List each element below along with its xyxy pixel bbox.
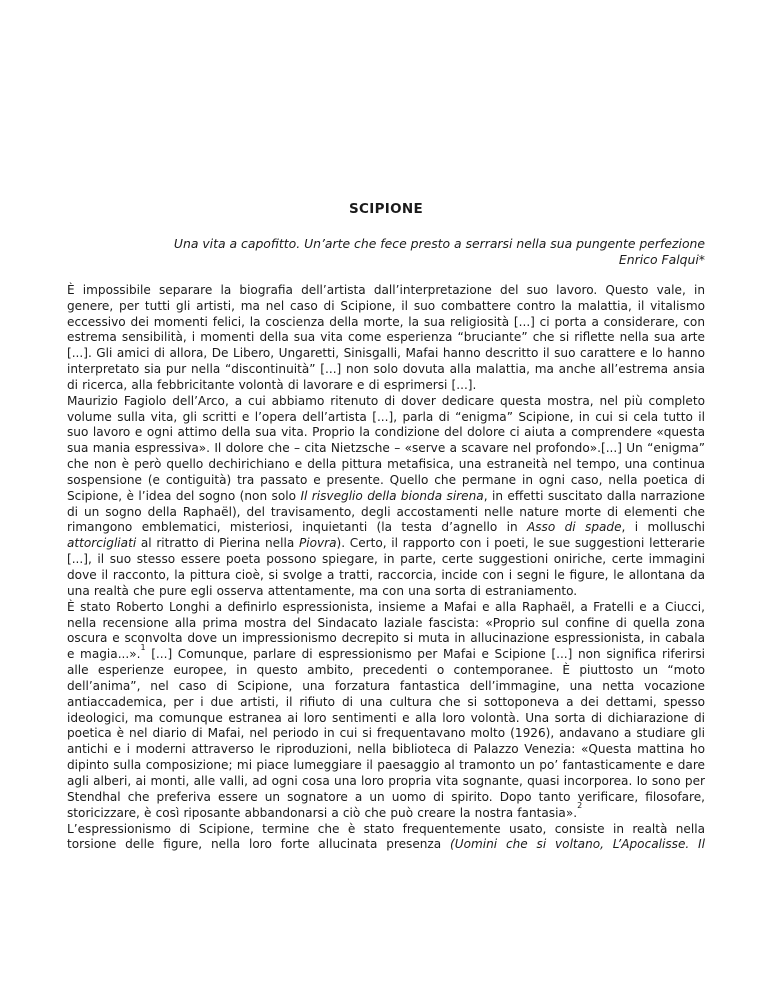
text-segment: [...] Comunque, parlare di espressionism… (67, 647, 705, 819)
paragraph: L’espressionismo di Scipione, termine ch… (67, 822, 705, 854)
italic-text-segment: Asso di spade (527, 520, 622, 534)
italic-text-segment: Piovra (299, 536, 337, 550)
paragraph: È stato Roberto Longhi a definirlo espre… (67, 600, 705, 822)
text-segment: Maurizio Fagiolo dell’Arco, a cui abbiam… (67, 394, 705, 503)
page-content: SCIPIONE Una vita a capofitto. Un’arte c… (67, 202, 705, 853)
text-segment: È impossibile separare la biografia dell… (67, 283, 705, 392)
italic-text-segment: (Uomini che si voltano, L’Apocalisse. Il (450, 837, 705, 851)
epigraph: Una vita a capofitto. Un’arte che fece p… (67, 236, 705, 268)
italic-text-segment: attorcigliati (67, 536, 136, 550)
epigraph-quote: Una vita a capofitto. Un’arte che fece p… (67, 236, 705, 252)
paragraph: È impossibile separare la biografia dell… (67, 283, 705, 394)
document-body: È impossibile separare la biografia dell… (67, 283, 705, 853)
paragraph: Maurizio Fagiolo dell’Arco, a cui abbiam… (67, 394, 705, 600)
page-title: SCIPIONE (67, 202, 705, 216)
footnote-marker: 2 (577, 801, 582, 810)
italic-text-segment: Il risveglio della bionda sirena (300, 489, 483, 503)
document-page: SCIPIONE Una vita a capofitto. Un’arte c… (0, 0, 768, 994)
epigraph-attribution: Enrico Falqui* (67, 252, 705, 268)
text-segment: al ritratto di Pierina nella (136, 536, 299, 550)
footnote-marker: 1 (140, 643, 145, 652)
text-segment: , i molluschi (622, 520, 705, 534)
